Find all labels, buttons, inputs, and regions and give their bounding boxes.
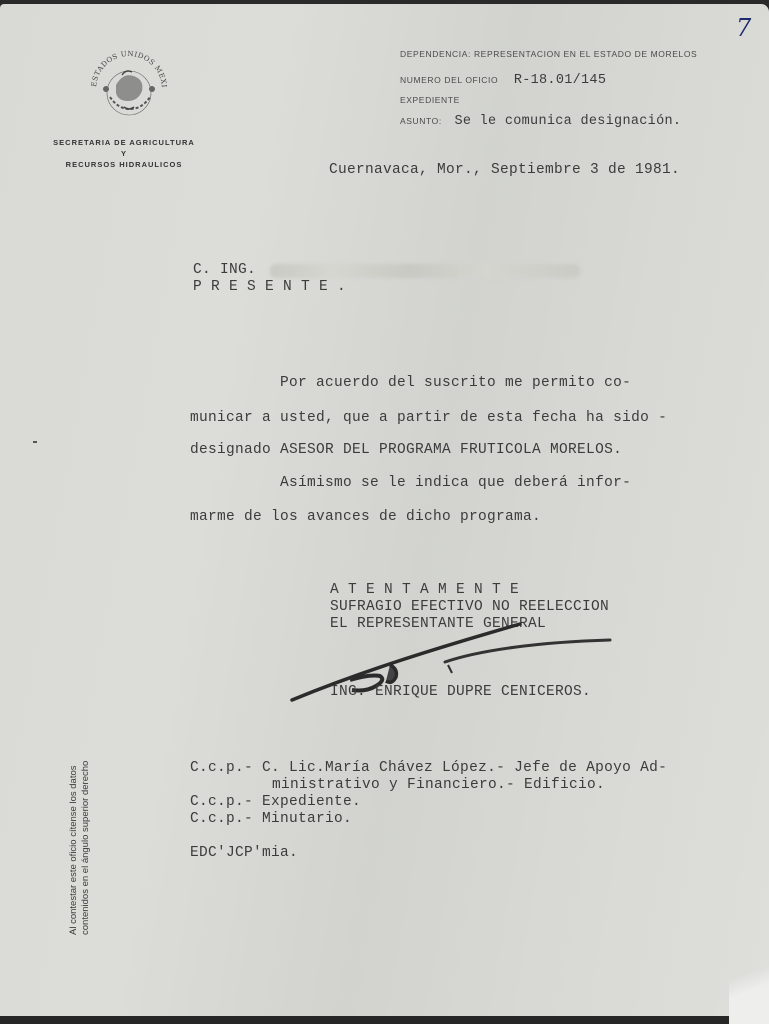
page-corner [729, 940, 769, 1024]
numero-oficio-value: R-18.01/145 [514, 73, 606, 88]
asunto-field: ASUNTO: Se le comunica designación. [400, 111, 681, 129]
asunto-value: Se le comunica designación. [454, 114, 681, 129]
margin-mark [33, 441, 37, 443]
recipient-line: C. ING. [193, 262, 256, 278]
ministry-line-3: RECURSOS HIDRAULICOS [40, 159, 208, 170]
margin-note-line-2: contenidos en el ángulo superior derecho [80, 761, 92, 935]
copy-line-1: C.c.p.- C. Lic.María Chávez López.- Jefe… [190, 760, 667, 776]
ministry-name: SECRETARIA DE AGRICULTURA Y RECURSOS HID… [40, 137, 208, 170]
ministry-line-1: SECRETARIA DE AGRICULTURA [40, 137, 208, 148]
body-line-1: Por acuerdo del suscrito me permito co- [190, 375, 631, 391]
motto: SUFRAGIO EFECTIVO NO REELECCION [330, 599, 609, 615]
background-shadow [0, 1016, 769, 1024]
copy-text: C. Lic.María Chávez López.- Jefe de Apoy… [262, 760, 667, 776]
place-date: Cuernavaca, Mor., Septiembre 3 de 1981. [329, 162, 680, 178]
signer-name: ING. ENRIQUE DUPRE CENICEROS. [330, 684, 591, 700]
reference-initials: EDC'JCP'mia. [190, 845, 298, 861]
copy-prefix: C.c.p.- [190, 794, 253, 810]
margin-note-line-1: Al contestar este oficio cítense los dat… [68, 761, 80, 935]
body-line-3: designado ASESOR DEL PROGRAMA FRUTICOLA … [190, 442, 622, 458]
copy-line-3: C.c.p.- Expediente. [190, 794, 361, 810]
asunto-label: ASUNTO: [400, 116, 442, 126]
presente-line: P R E S E N T E . [193, 279, 346, 295]
dependencia-field: DEPENDENCIA: REPRESENTACION EN EL ESTADO… [400, 49, 697, 59]
copy-text: Minutario. [262, 811, 352, 827]
numero-oficio-label: NUMERO DEL OFICIO [400, 75, 498, 85]
atentamente: A T E N T A M E N T E [330, 582, 519, 598]
copy-line-4: C.c.p.- Minutario. [190, 811, 352, 827]
copy-prefix: C.c.p.- [190, 760, 253, 776]
body-line-2: municar a usted, que a partir de esta fe… [190, 410, 667, 426]
copy-text: ministrativo y Financiero.- Edificio. [272, 777, 605, 793]
copy-text: Expediente. [262, 794, 361, 810]
mexican-coat-of-arms-icon: ESTADOS UNIDOS MEXICANOS [84, 45, 174, 129]
copy-prefix: C.c.p.- [190, 811, 253, 827]
expediente-label: EXPEDIENTE [400, 95, 460, 105]
redacted-recipient-name [270, 264, 580, 278]
dependencia-label: DEPENDENCIA: [400, 49, 471, 59]
dependencia-value: REPRESENTACION EN EL ESTADO DE MORELOS [474, 49, 697, 59]
numero-oficio-field: NUMERO DEL OFICIO R-18.01/145 [400, 70, 606, 88]
copy-line-2: ministrativo y Financiero.- Edificio. [272, 777, 605, 793]
body-line-5: marme de los avances de dicho programa. [190, 509, 541, 525]
margin-instruction: Al contestar este oficio cítense los dat… [68, 761, 92, 935]
body-line-4: Asímismo se le indica que deberá infor- [190, 475, 631, 491]
expediente-field: EXPEDIENTE [400, 95, 460, 105]
handwritten-page-number: 7 [736, 14, 751, 42]
ministry-line-2: Y [40, 148, 208, 159]
